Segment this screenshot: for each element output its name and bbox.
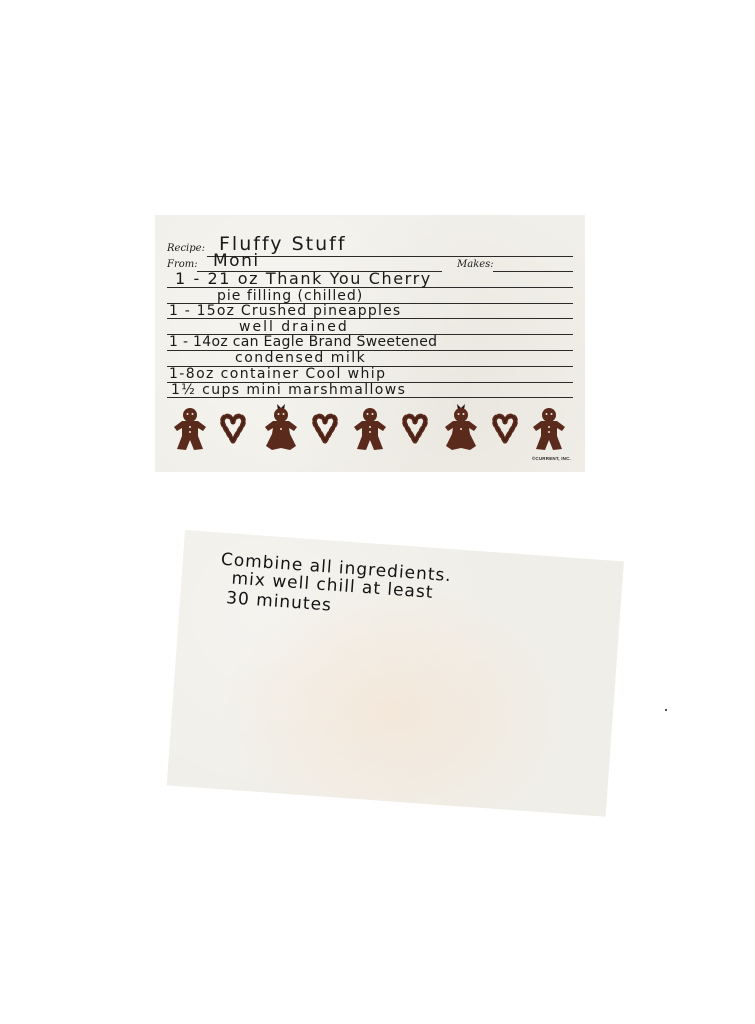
- scan-speck: [665, 709, 667, 711]
- gingerbread-girl-icon: [443, 401, 479, 451]
- candy-cane-heart-icon: [217, 411, 249, 445]
- ruled-line: [167, 350, 573, 351]
- ingredient-line: 1 - 15oz Crushed pineapples: [169, 304, 401, 318]
- ingredient-line: well drained: [239, 320, 349, 334]
- ingredient-line: 1 - 14oz can Eagle Brand Sweetened: [169, 335, 437, 349]
- copyright-text: ©CURRENT, INC.: [532, 456, 571, 461]
- candy-cane-heart-icon: [399, 411, 431, 445]
- ingredient-line: pie filling (chilled): [217, 289, 363, 303]
- directions-card: Combine all ingredients. mix well chill …: [167, 530, 624, 817]
- gingerbread-boy-icon: [173, 407, 207, 451]
- gingerbread-border: [155, 405, 585, 455]
- recipe-label: Recipe:: [167, 243, 205, 254]
- recipe-from: Moni: [213, 253, 260, 270]
- gingerbread-girl-icon: [263, 401, 299, 451]
- candy-cane-heart-icon: [489, 411, 521, 445]
- gingerbread-boy-icon: [353, 407, 387, 451]
- gingerbread-boy-icon: [532, 407, 566, 451]
- ingredient-line: 1½ cups mini marshmallows: [171, 383, 406, 397]
- makes-label: Makes:: [457, 259, 494, 270]
- ingredient-line: condensed milk: [235, 351, 366, 365]
- ingredient-line: 1 - 21 oz Thank You Cherry: [175, 272, 432, 286]
- recipe-title-line: [207, 256, 573, 257]
- candy-cane-heart-icon: [309, 411, 341, 445]
- recipe-card: Recipe: From: Makes: Fluffy Stuff Moni 1…: [155, 215, 585, 472]
- makes-line: [493, 271, 573, 272]
- ingredient-line: 1-8oz container Cool whip: [169, 367, 386, 381]
